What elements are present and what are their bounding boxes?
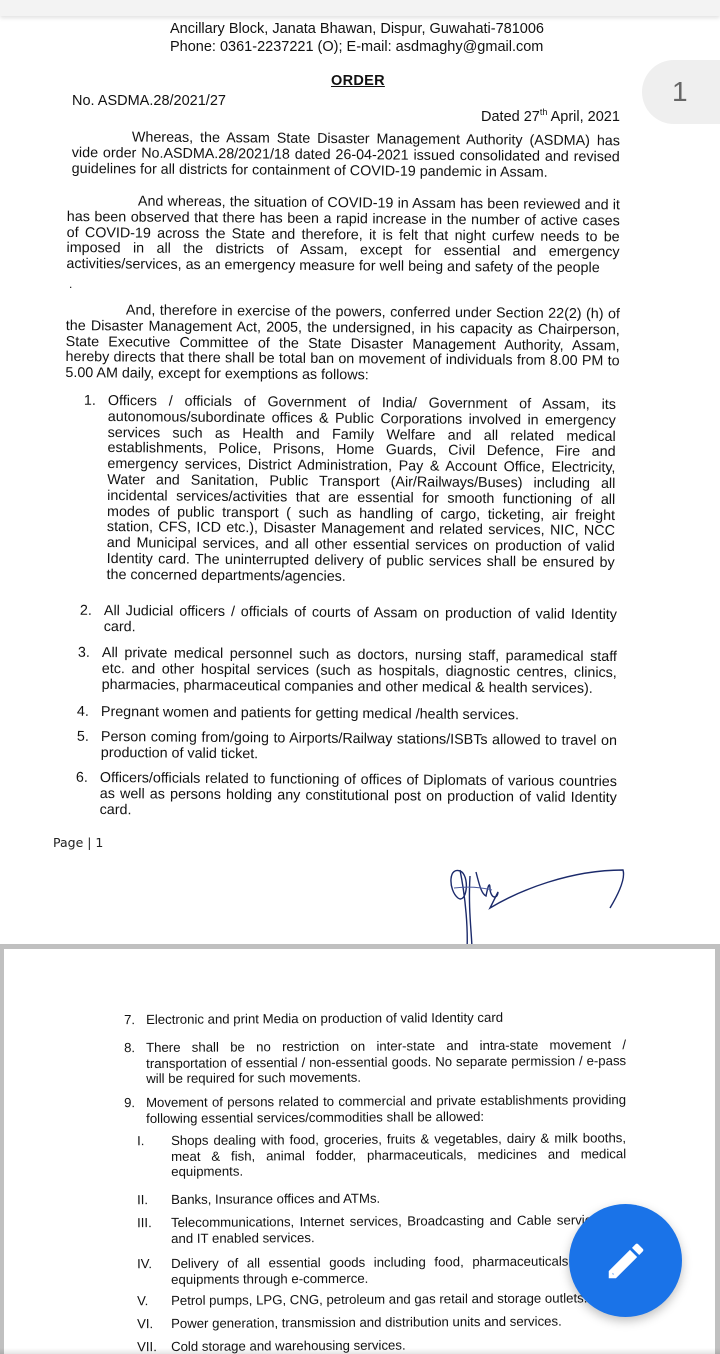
order-number: No. ASDMA.28/2021/27 (72, 93, 226, 109)
sub-list-item: III.Telecommunications, Internet service… (171, 1212, 626, 1246)
signature-image (440, 860, 630, 944)
list-item: 5.Person coming from/going to Airports/R… (101, 730, 617, 766)
paragraph-and-whereas: And whereas, the situation of COVID-19 i… (66, 194, 620, 277)
list-item: 6.Officers/officials related to function… (100, 771, 617, 822)
list-item: 9.Movement of persons related to commerc… (146, 1092, 626, 1126)
page-footer: Page | 1 (53, 835, 103, 850)
stray-mark: . (69, 277, 72, 291)
list-item: 4.Pregnant women and patients for gettin… (101, 705, 616, 725)
page-number-indicator[interactable]: 1 (642, 60, 720, 124)
sub-list-item: II.Banks, Insurance offices and ATMs. (171, 1189, 626, 1207)
order-title: ORDER (331, 73, 385, 89)
viewer-top-bar (0, 0, 720, 16)
list-item: 7.Electronic and print Media on producti… (146, 1009, 626, 1027)
list-item: 8.There shall be no restriction on inter… (146, 1037, 626, 1086)
edit-fab-button[interactable] (569, 1204, 682, 1317)
header-address: Ancillary Block, Janata Bhawan, Dispur, … (170, 20, 544, 38)
sub-list-item: VI.Power generation, transmission and di… (171, 1313, 626, 1331)
list-item: 2.All Judicial officers / officials of c… (104, 604, 617, 640)
sub-list-item: I.Shops dealing with food, groceries, fr… (171, 1130, 626, 1179)
list-item: 1.Officers / officials of Government of … (107, 394, 616, 588)
order-date: Dated 27th April, 2021 (481, 107, 620, 125)
pencil-icon (603, 1238, 649, 1284)
bottom-edge-shadow (0, 1348, 720, 1354)
paragraph-therefore: And, therefore in exercise of the powers… (65, 303, 620, 386)
list-item: 3.All private medical personnel such as … (102, 646, 617, 697)
document-page-1: Ancillary Block, Janata Bhawan, Dispur, … (0, 0, 720, 944)
paragraph-whereas: Whereas, the Assam State Disaster Manage… (72, 130, 620, 182)
header-contact: Phone: 0361-2237221 (O); E-mail: asdmagh… (170, 38, 543, 56)
sub-list-item: V.Petrol pumps, LPG, CNG, petroleum and … (171, 1290, 626, 1308)
sub-list-item: IV.Delivery of all essential goods inclu… (171, 1253, 626, 1287)
